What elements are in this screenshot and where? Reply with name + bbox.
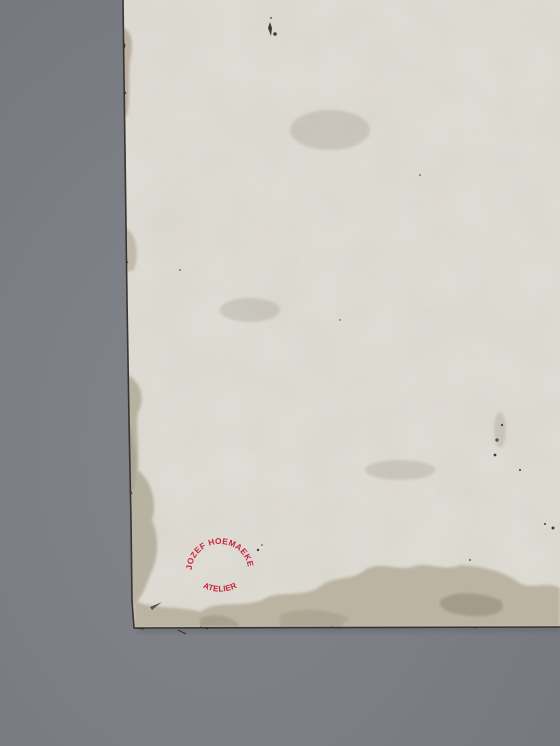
stamp-top-text: JOZEF HOEMAEKER bbox=[178, 528, 256, 570]
photo-scene: JOZEF HOEMAEKER ATELIER bbox=[0, 0, 560, 746]
artist-stamp: JOZEF HOEMAEKER ATELIER bbox=[178, 528, 262, 604]
paper-sheet bbox=[0, 0, 560, 746]
svg-text:JOZEF HOEMAEKER: JOZEF HOEMAEKER bbox=[178, 528, 256, 570]
svg-text:ATELIER: ATELIER bbox=[202, 581, 238, 594]
stamp-bottom-text: ATELIER bbox=[202, 581, 238, 594]
